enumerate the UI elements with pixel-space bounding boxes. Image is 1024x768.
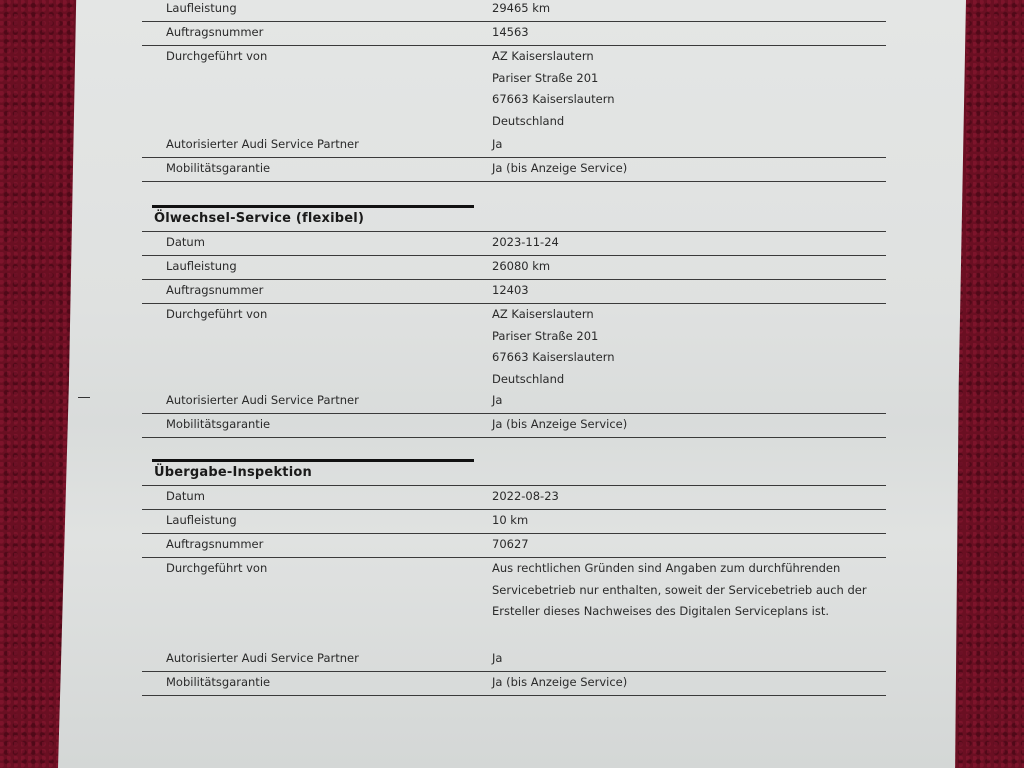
row-datum: Datum 2022-08-23 — [142, 485, 886, 510]
address-line: Pariser Straße 201 — [492, 326, 615, 348]
row-laufleistung: Laufleistung 26080 km — [142, 256, 886, 280]
notice-line: Aus rechtlichen Gründen sind Angaben zum… — [492, 558, 867, 580]
row-auftragsnummer: Auftragsnummer 12403 — [142, 280, 886, 304]
value: Ja (bis Anzeige Service) — [492, 158, 627, 180]
address-line: 67663 Kaiserslautern — [492, 347, 615, 369]
address-line: AZ Kaiserslautern — [492, 304, 615, 326]
row-durchgefuehrt-von: Durchgeführt von Aus rechtlichen Gründen… — [142, 558, 886, 648]
section-header: Übergabe-Inspektion — [142, 459, 886, 485]
row-laufleistung: Laufleistung 10 km — [142, 510, 886, 534]
section-header: Ölwechsel-Service (flexibel) — [142, 205, 886, 231]
value: Ja (bis Anzeige Service) — [492, 414, 627, 436]
notice-line: Servicebetrieb nur enthalten, soweit der… — [492, 580, 867, 602]
row-service-partner: Autorisierter Audi Service Partner Ja — [142, 648, 886, 672]
value: 12403 — [492, 280, 529, 302]
address: AZ Kaiserslautern Pariser Straße 201 676… — [492, 46, 615, 132]
row-mobilitaetsgarantie: Mobilitätsgarantie Ja (bis Anzeige Servi… — [142, 158, 886, 182]
notice-line — [492, 623, 867, 645]
value: 14563 — [492, 22, 529, 44]
value: 2022-08-23 — [492, 486, 559, 508]
section-header-bar — [152, 459, 474, 462]
label: Durchgeführt von — [166, 561, 267, 575]
value: Ja — [492, 648, 502, 670]
notice-line: Ersteller dieses Nachweises des Digitale… — [492, 601, 867, 623]
label: Datum — [166, 489, 205, 503]
address-line: Deutschland — [492, 369, 615, 391]
row-service-partner: Autorisierter Audi Service Partner Ja — [142, 134, 886, 158]
row-mobilitaetsgarantie: Mobilitätsgarantie Ja (bis Anzeige Servi… — [142, 414, 886, 438]
label: Laufleistung — [166, 513, 237, 527]
address-line: Deutschland — [492, 111, 615, 133]
row-durchgefuehrt-von: Durchgeführt von AZ Kaiserslautern Paris… — [142, 304, 886, 390]
address-line: 67663 Kaiserslautern — [492, 89, 615, 111]
label: Autorisierter Audi Service Partner — [166, 393, 359, 407]
legal-notice: Aus rechtlichen Gründen sind Angaben zum… — [492, 558, 867, 644]
value: 10 km — [492, 510, 528, 532]
value: Ja — [492, 134, 502, 156]
label: Datum — [166, 235, 205, 249]
row-datum: Datum 2023-11-24 — [142, 231, 886, 256]
label: Mobilitätsgarantie — [166, 675, 270, 689]
row-auftragsnummer: Auftragsnummer 14563 — [142, 22, 886, 46]
value: 29465 km — [492, 0, 550, 20]
label: Durchgeführt von — [166, 49, 267, 63]
section-title: Übergabe-Inspektion — [154, 465, 312, 480]
label: Autorisierter Audi Service Partner — [166, 651, 359, 665]
section-oelwechsel-service: Ölwechsel-Service (flexibel) Datum 2023-… — [142, 205, 886, 438]
row-laufleistung: Laufleistung 29465 km — [142, 0, 886, 22]
label: Autorisierter Audi Service Partner — [166, 137, 359, 151]
label: Auftragsnummer — [166, 283, 263, 297]
label: Mobilitätsgarantie — [166, 417, 270, 431]
label: Laufleistung — [166, 1, 237, 15]
address: AZ Kaiserslautern Pariser Straße 201 676… — [492, 304, 615, 390]
label: Auftragsnummer — [166, 537, 263, 551]
value: 70627 — [492, 534, 529, 556]
label: Auftragsnummer — [166, 25, 263, 39]
section-uebergabe-inspektion: Übergabe-Inspektion Datum 2022-08-23 Lau… — [142, 459, 886, 696]
row-mobilitaetsgarantie: Mobilitätsgarantie Ja (bis Anzeige Servi… — [142, 672, 886, 696]
value: Ja — [492, 390, 502, 412]
section-header-bar — [152, 205, 474, 208]
fold-mark — [78, 397, 90, 398]
address-line: AZ Kaiserslautern — [492, 46, 615, 68]
row-durchgefuehrt-von: Durchgeführt von AZ Kaiserslautern Paris… — [142, 46, 886, 134]
row-auftragsnummer: Auftragsnummer 70627 — [142, 534, 886, 558]
label: Laufleistung — [166, 259, 237, 273]
row-service-partner: Autorisierter Audi Service Partner Ja — [142, 390, 886, 414]
value: 2023-11-24 — [492, 232, 559, 254]
value: Ja (bis Anzeige Service) — [492, 672, 627, 694]
address-line: Pariser Straße 201 — [492, 68, 615, 90]
label: Mobilitätsgarantie — [166, 161, 270, 175]
label: Durchgeführt von — [166, 307, 267, 321]
section-title: Ölwechsel-Service (flexibel) — [154, 211, 364, 226]
value: 26080 km — [492, 256, 550, 278]
section-previous-service: Laufleistung 29465 km Auftragsnummer 145… — [142, 0, 886, 182]
